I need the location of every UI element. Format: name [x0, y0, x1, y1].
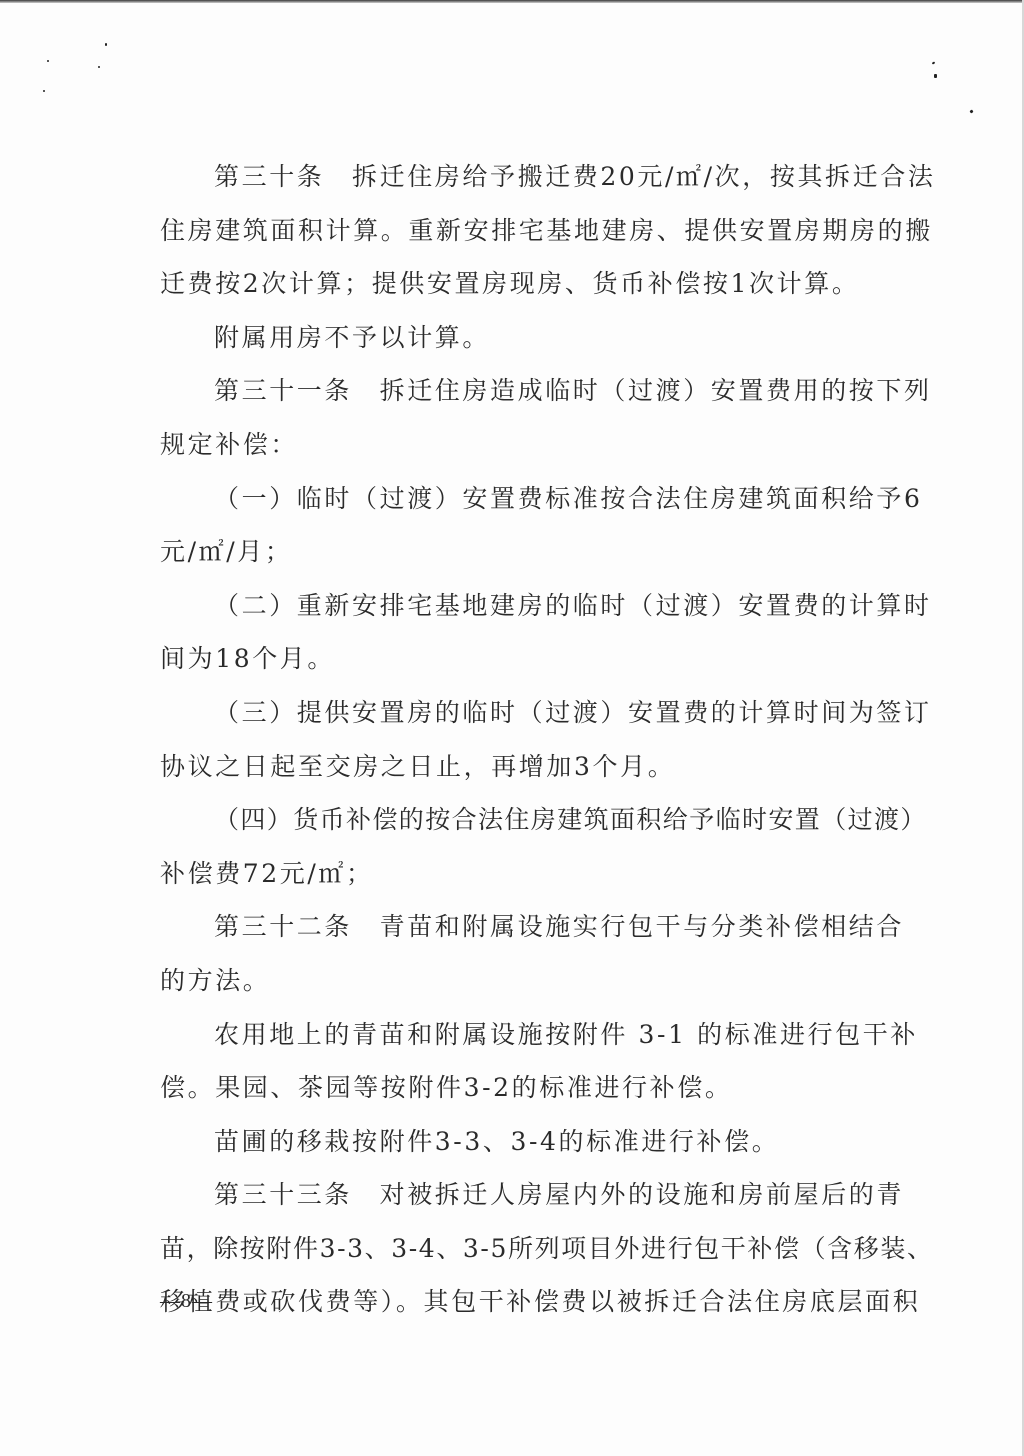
- document-body: 第三十条 拆迁住房给予搬迁费20元/㎡/次，按其拆迁合法 住房建筑面积计算。重新…: [160, 157, 912, 1336]
- article-31-item-3-line-1: （三）提供安置房的临时（过渡）安置费的计算时间为签订: [160, 693, 912, 747]
- article-30-note: 附属用房不予以计算。: [160, 318, 912, 372]
- article-30-line-2: 住房建筑面积计算。重新安排宅基地建房、提供安置房期房的搬: [160, 211, 912, 265]
- scan-speck: [47, 60, 49, 62]
- article-31-item-2-line-1: （二）重新安排宅基地建房的临时（过渡）安置费的计算时: [160, 586, 912, 640]
- article-33-line-1: 第三十三条 对被拆迁人房屋内外的设施和房前屋后的青: [160, 1175, 912, 1229]
- article-32-para-2-line-2: 偿。果园、茶园等按附件3-2的标准进行补偿。: [160, 1068, 912, 1122]
- article-31-item-3-line-2: 协议之日起至交房之日止，再增加3个月。: [160, 747, 912, 801]
- scan-speck: [43, 90, 45, 92]
- article-31-item-2-line-2: 间为18个月。: [160, 639, 912, 693]
- scan-speck: [98, 66, 100, 68]
- article-32-line-1: 第三十二条 青苗和附属设施实行包干与分类补偿相结合: [160, 907, 912, 961]
- scan-speck: [934, 74, 937, 78]
- scan-speck: [932, 61, 936, 64]
- article-33-line-2: 苗，除按附件3-3、3-4、3-5所列项目外进行包干补偿（含移装、: [160, 1229, 912, 1283]
- scan-speck: [969, 109, 973, 113]
- page-number: —8—: [160, 1290, 213, 1313]
- article-30-line-3: 迁费按2次计算；提供安置房现房、货币补偿按1次计算。: [160, 264, 912, 318]
- article-31-item-1-line-1: （一）临时（过渡）安置费标准按合法住房建筑面积给予6: [160, 479, 912, 533]
- article-32-line-2: 的方法。: [160, 961, 912, 1015]
- article-33-line-3: 移植费或砍伐费等）。其包干补偿费以被拆迁合法住房底层面积: [160, 1282, 912, 1336]
- article-31-item-4-line-1: （四）货币补偿的按合法住房建筑面积给予临时安置（过渡）: [160, 800, 912, 854]
- scan-speck: [105, 43, 107, 46]
- article-30-line-1: 第三十条 拆迁住房给予搬迁费20元/㎡/次，按其拆迁合法: [160, 157, 912, 211]
- article-31-item-1-line-2: 元/㎡/月；: [160, 532, 912, 586]
- article-32-para-2-line-1: 农用地上的青苗和附属设施按附件 3-1 的标准进行包干补: [160, 1015, 912, 1069]
- article-31-item-4-line-2: 补偿费72元/㎡；: [160, 854, 912, 908]
- article-31-line-1: 第三十一条 拆迁住房造成临时（过渡）安置费用的按下列: [160, 371, 912, 425]
- article-32-para-3: 苗圃的移栽按附件3-3、3-4的标准进行补偿。: [160, 1122, 912, 1176]
- article-31-line-2: 规定补偿：: [160, 425, 912, 479]
- scan-edge-top: [0, 0, 1024, 3]
